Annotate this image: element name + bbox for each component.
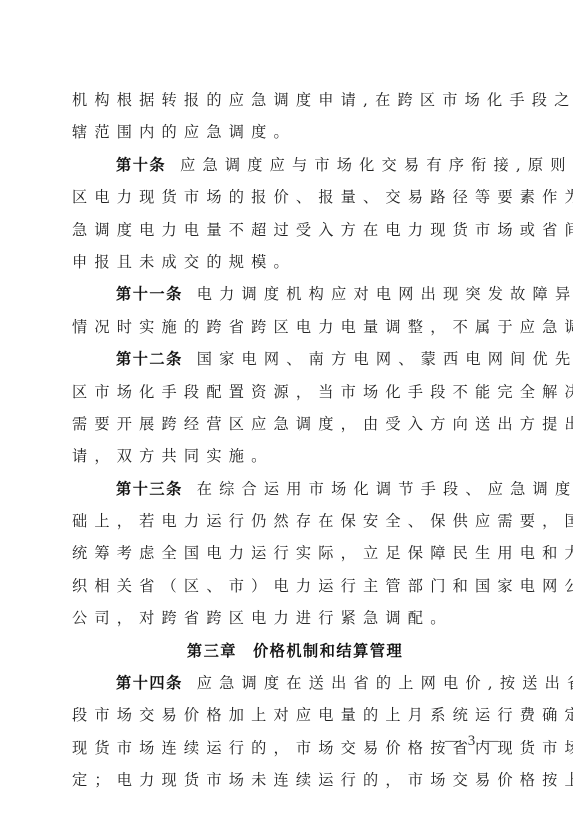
article-13: 第十三条在综合运用市场化调节手段、应急调度等措施的基 <box>72 473 498 505</box>
document-body: 机构根据转报的应急调度申请,在跨区市场化手段之后组织实施管 辖范围内的应急调度。… <box>72 84 498 797</box>
article-label: 第十三条 <box>116 480 183 498</box>
text-line: 定；电力现货市场未连续运行的，市场交易价格按上月省内中长期 <box>72 764 498 796</box>
text-line: 织相关省（区、市）电力运行主管部门和国家电网公司、南方电网 <box>72 570 498 602</box>
article-text: 应急调度在送出省的上网电价,按送出省省内同时 <box>197 674 573 692</box>
text-line: 段市场交易价格加上对应电量的上月系统运行费确定。其中，电力 <box>72 699 498 731</box>
article-text: 应急调度应与市场化交易有序衔接,原则上以跨省跨 <box>180 156 573 174</box>
article-text: 在综合运用市场化调节手段、应急调度等措施的基 <box>197 480 573 498</box>
document-page: 机构根据转报的应急调度申请,在跨区市场化手段之后组织实施管 辖范围内的应急调度。… <box>0 0 573 820</box>
article-label: 第十四条 <box>116 674 183 692</box>
text-line: 区电力现货市场的报价、报量、交易路径等要素作为参考依据，应 <box>72 181 498 213</box>
article-text: 国家电网、南方电网、蒙西电网间优先通过跨经营 <box>197 350 573 368</box>
article-10: 第十条应急调度应与市场化交易有序衔接,原则上以跨省跨 <box>72 149 498 181</box>
text-line: 情况时实施的跨省跨区电力电量调整，不属于应急调度范畴。 <box>72 311 498 343</box>
article-11: 第十一条电力调度机构应对电网出现突发故障异常等紧急 <box>72 278 498 310</box>
text-line: 急调度电力电量不超过受入方在电力现货市场或省间增量交易中 <box>72 214 498 246</box>
article-text: 电力调度机构应对电网出现突发故障异常等紧急 <box>197 285 573 303</box>
text-line: 机构根据转报的应急调度申请,在跨区市场化手段之后组织实施管 <box>72 84 498 116</box>
text-line: 请，双方共同实施。 <box>72 440 498 472</box>
text-line: 公司，对跨省跨区电力进行紧急调配。 <box>72 602 498 634</box>
text-line: 统筹考虑全国电力运行实际，立足保障民生用电和大电网安全，组 <box>72 537 498 569</box>
chapter-heading: 第三章价格机制和结算管理 <box>72 635 498 667</box>
text-line: 区市场化手段配置资源，当市场化手段不能完全解决问题时，根据 <box>72 376 498 408</box>
article-label: 第十条 <box>116 156 166 174</box>
article-label: 第十二条 <box>116 350 183 368</box>
article-label: 第十一条 <box>116 285 183 303</box>
text-line: 现货市场连续运行的，市场交易价格按省内现货市场实时价格确 <box>72 732 498 764</box>
page-number: — 3 — <box>445 733 500 750</box>
article-14: 第十四条应急调度在送出省的上网电价,按送出省省内同时 <box>72 667 498 699</box>
chapter-number: 第三章 <box>187 642 237 660</box>
text-line: 申报且未成交的规模。 <box>72 246 498 278</box>
text-line: 需要开展跨经营区应急调度，由受入方向送出方提出应急调度申 <box>72 408 498 440</box>
article-12: 第十二条国家电网、南方电网、蒙西电网间优先通过跨经营 <box>72 343 498 375</box>
text-line: 辖范围内的应急调度。 <box>72 116 498 148</box>
text-line: 础上，若电力运行仍然存在保安全、保供应需要，国家发展改革委 <box>72 505 498 537</box>
chapter-title: 价格机制和结算管理 <box>253 642 403 660</box>
